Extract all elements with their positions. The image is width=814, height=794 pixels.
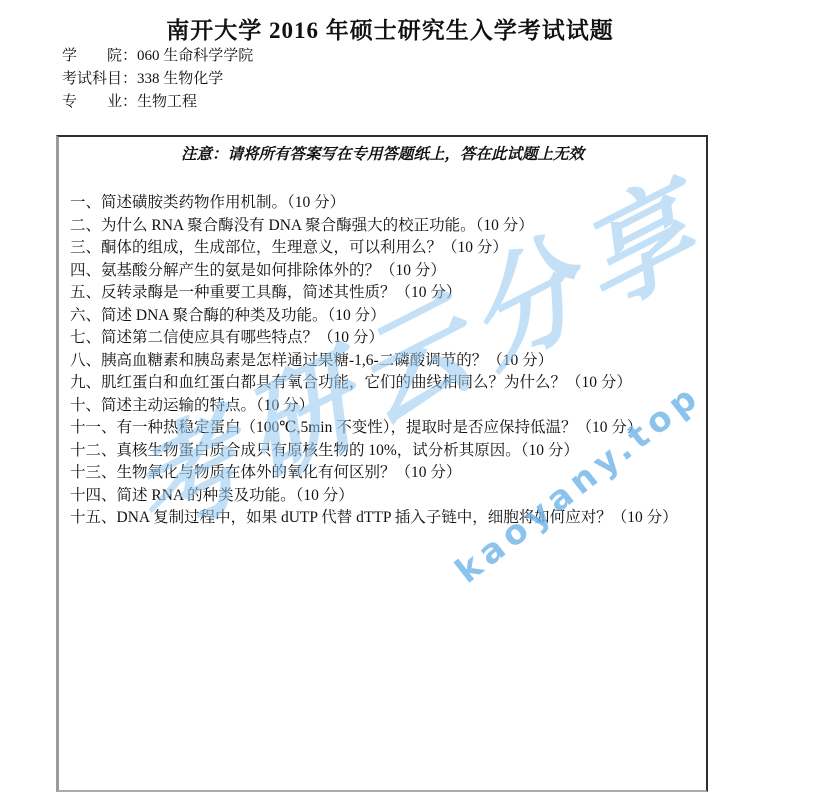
question-item: 三、酮体的组成，生成部位，生理意义，可以利用么？（10 分） <box>70 237 700 260</box>
question-item: 九、肌红蛋白和血红蛋白都具有氧合功能，它们的曲线相同么？为什么？（10 分） <box>70 372 700 395</box>
exam-info-label: 学 院： <box>62 48 137 64</box>
question-item: 八、胰高血糖素和胰岛素是怎样通过果糖-1,6-二磷酸调节的？（10 分） <box>70 350 700 373</box>
question-item: 六、简述 DNA 聚合酶的种类及功能。（10 分） <box>70 305 700 328</box>
question-item: 七、简述第二信使应具有哪些特点？（10 分） <box>70 327 700 350</box>
exam-info-block: 学 院：060 生命科学学院 考试科目：338 生物化学 专 业：生物工程 <box>62 45 253 114</box>
question-border-box: 注意：请将所有答案写在专用答题纸上，答在此试题上无效 一、简述磺胺类药物作用机制… <box>56 135 708 792</box>
exam-notice: 注意：请将所有答案写在专用答题纸上，答在此试题上无效 <box>59 142 706 164</box>
question-item: 五、反转录酶是一种重要工具酶，简述其性质？（10 分） <box>70 282 700 305</box>
question-item: 十、简述主动运输的特点。（10 分） <box>70 395 700 418</box>
exam-info-line: 学 院：060 生命科学学院 <box>62 45 253 68</box>
question-item: 十五、DNA 复制过程中，如果 dUTP 代替 dTTP 插入子链中，细胞将如何… <box>70 507 700 530</box>
question-item: 十二、真核生物蛋白质合成只有原核生物的 10%，试分析其原因。（10 分） <box>70 440 700 463</box>
question-item: 十三、生物氧化与物质在体外的氧化有何区别？（10 分） <box>70 462 700 485</box>
exam-info-label: 专 业： <box>62 94 137 110</box>
question-item: 四、氨基酸分解产生的氨是如何排除体外的？（10 分） <box>70 260 700 283</box>
question-list: 一、简述磺胺类药物作用机制。（10 分） 二、为什么 RNA 聚合酶没有 DNA… <box>59 192 706 530</box>
question-item: 十四、简述 RNA 的种类及功能。（10 分） <box>70 485 700 508</box>
question-item: 一、简述磺胺类药物作用机制。（10 分） <box>70 192 700 215</box>
exam-info-value: 生物工程 <box>137 94 197 110</box>
page-title: 南开大学 2016 年硕士研究生入学考试试题 <box>0 12 780 45</box>
exam-info-value: 060 生命科学学院 <box>137 48 253 64</box>
exam-info-line: 考试科目：338 生物化学 <box>62 68 253 91</box>
exam-info-value: 338 生物化学 <box>137 71 223 87</box>
question-item: 二、为什么 RNA 聚合酶没有 DNA 聚合酶强大的校正功能。（10 分） <box>70 215 700 238</box>
question-item: 十一、有一种热稳定蛋白（100℃,5min 不变性），提取时是否应保持低温？（1… <box>70 417 700 440</box>
exam-info-line: 专 业：生物工程 <box>62 91 253 114</box>
exam-info-label: 考试科目： <box>62 71 137 87</box>
